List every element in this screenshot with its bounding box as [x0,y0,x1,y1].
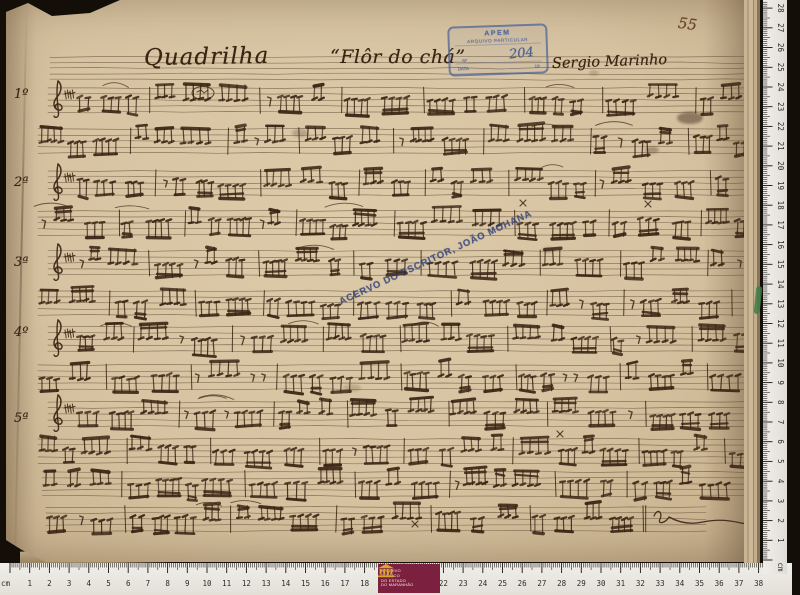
svg-text:32: 32 [636,579,645,588]
svg-text:18: 18 [776,201,785,211]
svg-text:8: 8 [776,400,785,405]
archive-ink-stamp: APEM ARQUIVO PARTICULAR Nº 204 DATA 19 [447,23,549,76]
badge-line: DO MARANHÃO [381,583,413,588]
svg-text:37: 37 [734,579,743,588]
svg-text:25: 25 [776,63,785,72]
svg-text:28: 28 [557,579,567,588]
svg-text:25: 25 [498,579,507,588]
svg-text:cm: cm [1,579,11,588]
svg-text:2: 2 [47,579,52,588]
svg-text:27: 27 [537,579,546,588]
section-label-1: 1º [14,87,28,102]
svg-text:23: 23 [776,102,785,111]
svg-text:5: 5 [106,579,111,588]
section-label-2: 2ª [14,175,28,190]
svg-text:34: 34 [675,579,685,588]
svg-text:6: 6 [126,579,131,588]
svg-text:13: 13 [776,299,785,308]
svg-text:14: 14 [281,579,291,588]
archive-badge: ARQUIVO PÚBLICO DO ESTADO DO MARANHÃO [378,564,440,593]
svg-text:11: 11 [776,339,785,348]
svg-text:7: 7 [146,579,151,588]
svg-text:24: 24 [776,82,785,92]
svg-text:30: 30 [596,579,606,588]
svg-text:5: 5 [776,459,785,464]
svg-text:28: 28 [776,4,785,14]
svg-text:10: 10 [776,358,785,368]
vertical-cm-ruler: 1234567891011121314151617181920212223242… [763,0,787,574]
svg-text:11: 11 [222,579,231,588]
svg-text:16: 16 [776,240,785,250]
horizontal-cm-ruler: 1234567891011121314151617181920212223242… [0,563,792,595]
svg-text:26: 26 [518,579,528,588]
svg-text:8: 8 [165,579,170,588]
svg-text:29: 29 [577,579,586,588]
stamp-number-value: 204 [509,44,535,62]
svg-text:15: 15 [301,579,310,588]
svg-text:24: 24 [478,579,488,588]
manuscript-page: Quadrilha “Flôr do chá” Sergio Marinho 5… [6,0,756,562]
svg-text:20: 20 [776,161,785,171]
svg-text:22: 22 [776,122,785,131]
svg-text:1: 1 [776,538,785,543]
svg-text:4: 4 [87,579,92,588]
svg-text:22: 22 [439,579,448,588]
svg-text:10: 10 [202,579,212,588]
scanned-manuscript-photo: Quadrilha “Flôr do chá” Sergio Marinho 5… [0,0,800,595]
genre-title: Quadrilha [144,43,270,71]
svg-text:12: 12 [242,579,251,588]
svg-text:14: 14 [776,280,785,290]
svg-text:3: 3 [776,499,785,504]
svg-text:12: 12 [776,319,785,328]
svg-text:21: 21 [776,142,785,151]
svg-text:13: 13 [262,579,271,588]
svg-text:3: 3 [67,579,72,588]
svg-text:38: 38 [754,579,764,588]
svg-text:26: 26 [776,43,785,53]
svg-text:35: 35 [695,579,704,588]
stamp-date-label: DATA [458,66,470,71]
building-columns-icon [378,564,394,578]
svg-text:7: 7 [776,420,785,425]
svg-text:18: 18 [360,579,370,588]
svg-text:17: 17 [776,220,785,229]
svg-text:2: 2 [776,518,785,523]
page-number: 55 [677,14,698,34]
piece-title: “Flôr do chá” [330,46,466,68]
svg-text:4: 4 [776,479,785,484]
svg-text:36: 36 [715,579,725,588]
stamp-number-label: Nº [462,58,467,63]
vertical-ruler-scale: 1234567891011121314151617181920212223242… [763,0,787,574]
section-label-3: 3ª [14,255,28,270]
svg-text:9: 9 [185,579,190,588]
section-label-4: 4º [14,325,28,340]
svg-text:15: 15 [776,260,785,269]
svg-text:16: 16 [321,579,331,588]
svg-text:17: 17 [340,579,349,588]
svg-text:23: 23 [459,579,468,588]
svg-text:6: 6 [776,439,785,444]
section-label-5: 5ª [14,411,28,426]
svg-text:9: 9 [776,380,785,385]
svg-text:19: 19 [776,181,785,190]
svg-text:27: 27 [776,23,785,32]
stacked-page-edges [744,0,760,566]
stamp-year-prefix: 19 [534,63,539,68]
svg-text:1: 1 [27,579,32,588]
svg-text:31: 31 [616,579,625,588]
svg-text:33: 33 [656,579,665,588]
svg-text:cm: cm [776,562,785,572]
